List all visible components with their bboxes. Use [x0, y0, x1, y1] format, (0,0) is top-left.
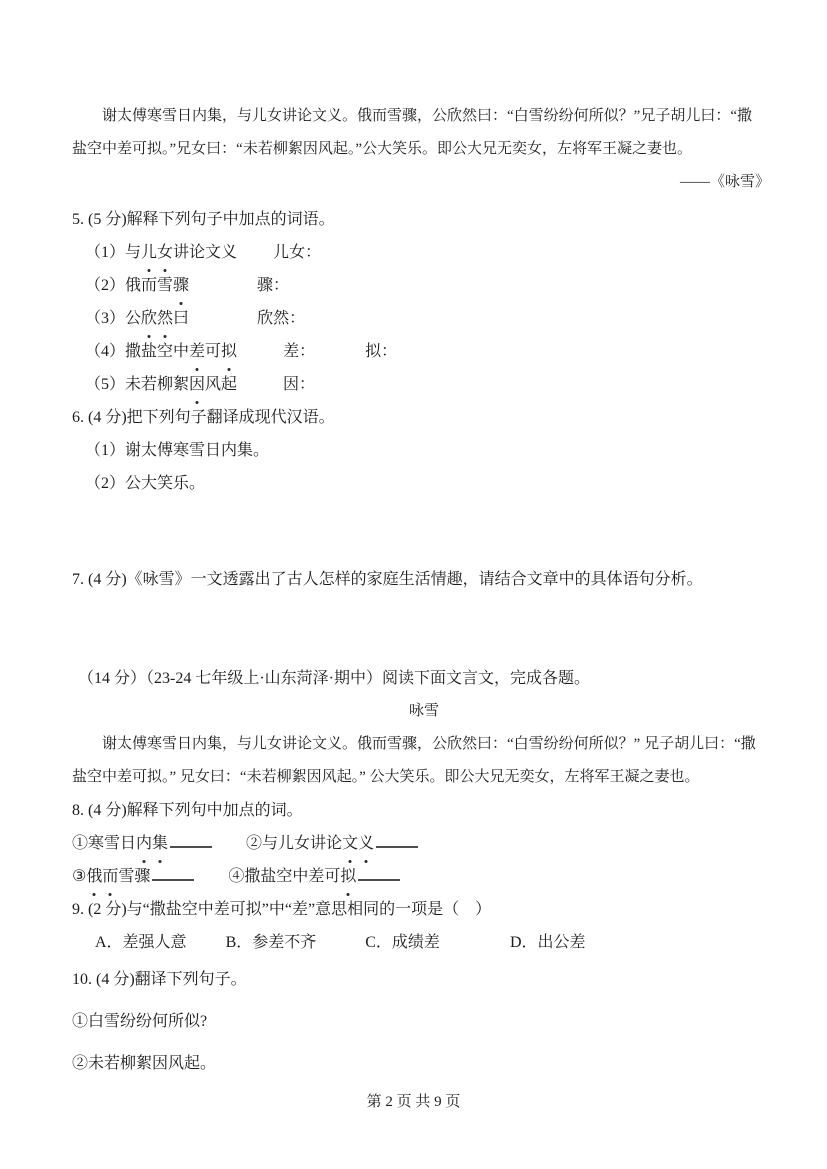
question-5-header: 5. (5 分)解释下列句子中加点的词语。 [72, 203, 776, 236]
page-number-indicator: 第 2 页 共 9 页 [367, 1094, 461, 1110]
emphasized-char: 女 [157, 236, 173, 269]
question-5-item-5: （5）未若柳絮因风起因： [72, 368, 776, 401]
spacer [196, 880, 228, 881]
passage-title: 咏雪 [72, 695, 776, 728]
page-footer: 第 2 页 共 9 页 [0, 1086, 827, 1119]
spacer [237, 256, 273, 257]
question-5-item-1: （1）与儿女讲论文义儿女： [72, 236, 776, 269]
question-8-row-1: ①寒雪日内集②与儿女讲论文义 [72, 827, 776, 860]
question-9-header: 9. (2 分)与“撒盐空中差可拟”中“差”意思相同的一项是（ ） [72, 893, 776, 926]
question-7-header: 7. (4 分)《咏雪》一文透露出了古人怎样的家庭生活情趣，请结合文章中的具体语… [72, 563, 776, 596]
answer-blank [358, 864, 400, 881]
exam-document-page: 谢太傅寒雪日内集，与儿女讲论文义。俄而雪骤，公欣然曰：“白雪纷纷何所似？”兄子胡… [0, 0, 827, 1169]
spacer [214, 847, 246, 848]
spacer [440, 946, 510, 947]
passage-line: 盐空中差可拟。” 兄女曰：“未若柳絮因风起。” 公大笑乐。即公大兄无奕女，左将军… [72, 761, 776, 794]
passage-line: 盐空中差可拟。”兄女曰：“未若柳絮因风起。”公大笑乐。即公大兄无奕女，左将军王凝… [72, 133, 776, 166]
emphasized-char: 欣 [141, 302, 157, 335]
passage-line: 谢太傅寒雪日内集，与儿女讲论文义。俄而雪骤，公欣然曰：“白雪纷纷何所似？” 兄子… [72, 728, 776, 761]
emphasized-char: 因 [189, 368, 205, 401]
question-6-header: 6. (4 分)把下列句子翻译成现代汉语。 [72, 401, 776, 434]
emphasized-char: 俄 [86, 860, 102, 893]
emphasized-char: 义 [358, 827, 374, 860]
answer-blank [152, 864, 194, 881]
spacer [189, 289, 257, 290]
emphasized-char: 骤 [173, 269, 189, 302]
spacer [316, 946, 365, 947]
emphasized-char: 差 [189, 335, 205, 368]
answer-blank [170, 831, 212, 848]
emphasized-char: 拟 [340, 860, 356, 893]
answer-blank [376, 831, 418, 848]
question-5-item-3: （3）公欣然曰欣然： [72, 302, 776, 335]
question-6-item-1: （1）谢太傅寒雪日内集。 [72, 434, 776, 467]
question-10-item-2: ②未若柳絮因风起。 [72, 1047, 776, 1080]
question-8-header: 8. (4 分)解释下列句中加点的词。 [72, 794, 776, 827]
question-9-options: A．差强人意B．参差不齐C．成绩差D．出公差 [72, 926, 776, 959]
emphasized-char: 儿 [141, 236, 157, 269]
emphasized-char: 内 [136, 827, 152, 860]
question-10-header: 10. (4 分)翻译下列句子。 [72, 963, 776, 996]
question-8-row-2: ③俄而雪骤④撒盐空中差可拟 [72, 860, 776, 893]
question-5-item-2: （2）俄而雪骤骤： [72, 269, 776, 302]
spacer [237, 355, 283, 356]
section-2-intro: （14 分）（23-24 七年级上·山东菏泽·期中）阅读下面文言文，完成各题。 [72, 662, 776, 695]
emphasized-char: 集 [152, 827, 168, 860]
spacer [187, 946, 226, 947]
emphasized-char: 拟 [221, 335, 237, 368]
question-5-item-4: （4）撒盐空中差可拟差：拟： [72, 335, 776, 368]
passage-line: 谢太傅寒雪日内集，与儿女讲论文义。俄而雪骤，公欣然曰：“白雪纷纷何所似？”兄子胡… [72, 100, 776, 133]
spacer [315, 355, 365, 356]
question-6-item-2: （2）公大笑乐。 [72, 467, 776, 500]
page-content: 谢太傅寒雪日内集，与儿女讲论文义。俄而雪骤，公欣然曰：“白雪纷纷何所似？”兄子胡… [72, 0, 776, 1080]
emphasized-char: 文 [342, 827, 358, 860]
passage-attribution: ——《咏雪》 [72, 166, 776, 199]
emphasized-char: 然 [157, 302, 173, 335]
spacer [237, 388, 283, 389]
passage-yongxue-first: 谢太傅寒雪日内集，与儿女讲论文义。俄而雪骤，公欣然曰：“白雪纷纷何所似？”兄子胡… [72, 100, 776, 199]
emphasized-char: 而 [102, 860, 118, 893]
question-10-item-1: ①白雪纷纷何所似? [72, 1005, 776, 1038]
spacer [189, 322, 257, 323]
